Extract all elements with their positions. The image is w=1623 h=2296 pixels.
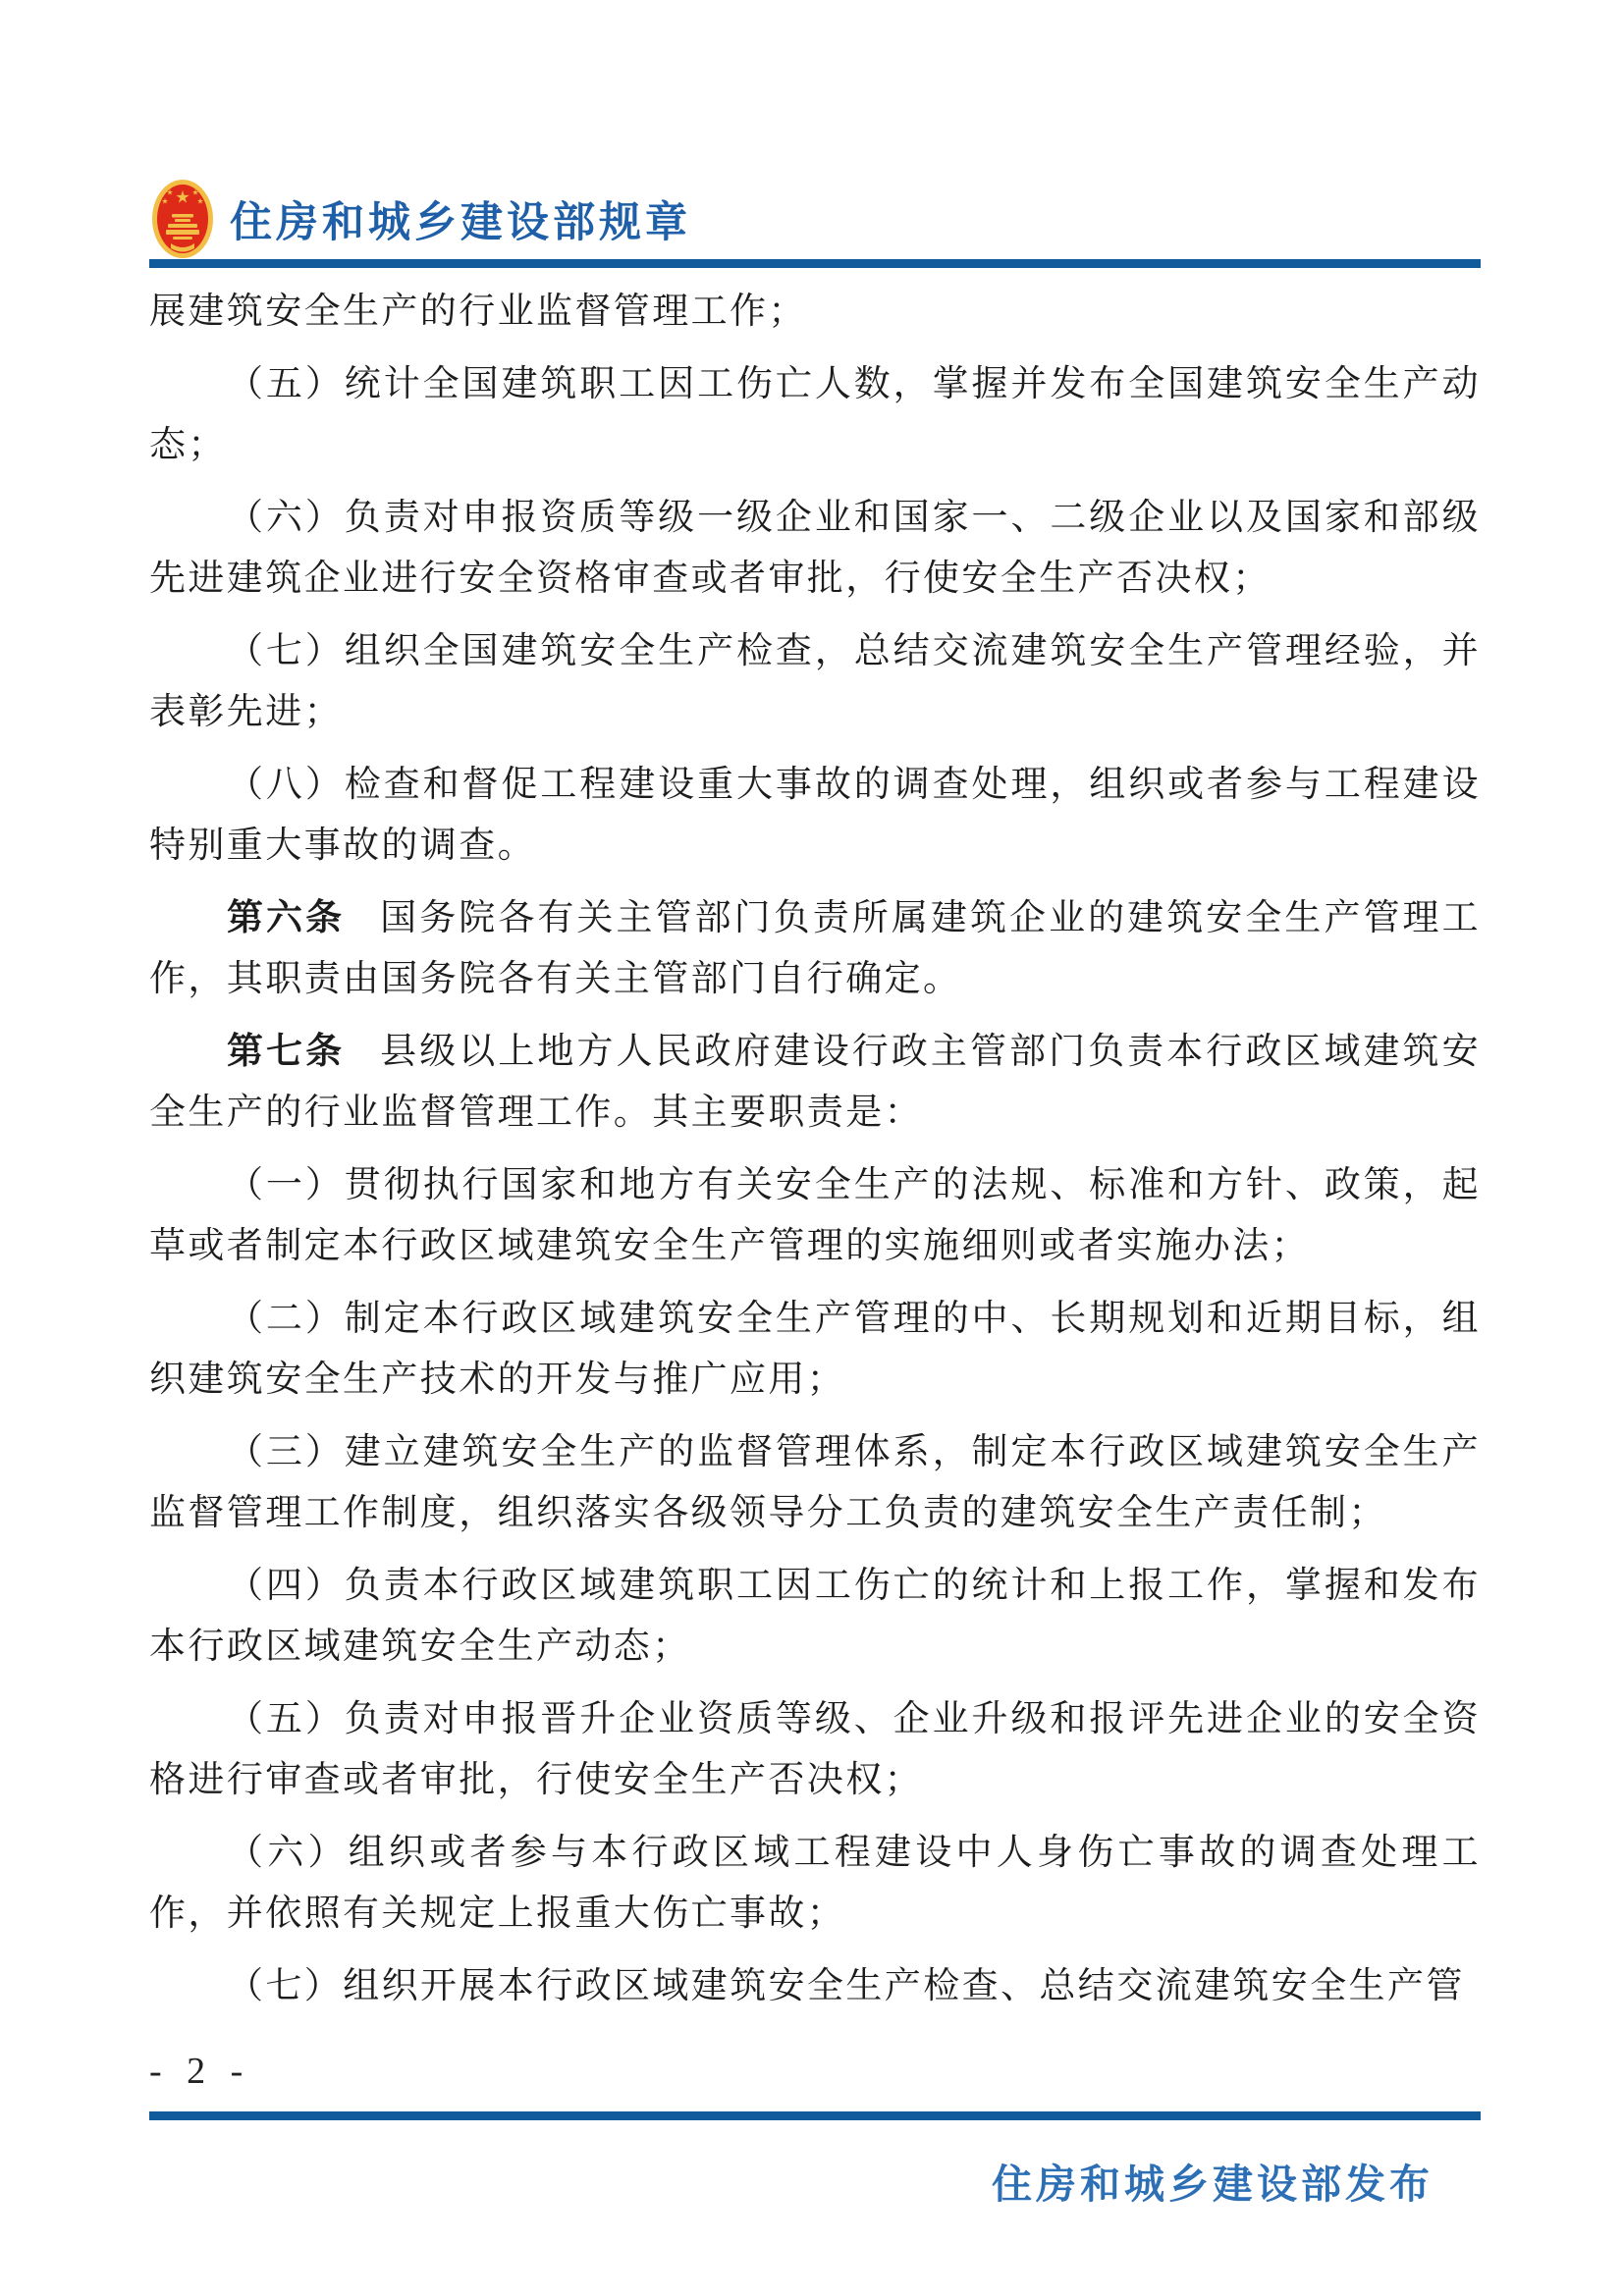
article-number: 第六条 (227, 898, 345, 938)
paragraph: （七）组织全国建筑安全生产检查，总结交流建筑安全生产管理经验，并表彰先进； (149, 621, 1481, 743)
paragraph: （一）贯彻执行国家和地方有关安全生产的法规、标准和方针、政策，起草或者制定本行政… (149, 1155, 1481, 1277)
paragraph: （七）组织开展本行政区域建筑安全生产检查、总结交流建筑安全生产管 (149, 1956, 1481, 2017)
header-divider (149, 259, 1481, 268)
national-emblem-icon (151, 179, 214, 259)
paragraph: （五）负责对申报晋升企业资质等级、企业升级和报评先进企业的安全资格进行审查或者审… (149, 1689, 1481, 1811)
paragraph: （六）组织或者参与本行政区域工程建设中人身伤亡事故的调查处理工作，并依照有关规定… (149, 1823, 1481, 1945)
paragraph: （三）建立建筑安全生产的监督管理体系，制定本行政区域建筑安全生产监督管理工作制度… (149, 1422, 1481, 1544)
footer-divider (149, 2111, 1481, 2120)
paragraph: 第六条国务院各有关主管部门负责所属建筑企业的建筑安全生产管理工作，其职责由国务院… (149, 888, 1481, 1010)
header-title: 住房和城乡建设部规章 (230, 189, 691, 249)
document-body: 展建筑安全生产的行业监督管理工作；（五）统计全国建筑职工因工伤亡人数，掌握并发布… (149, 282, 1481, 2017)
paragraph: 展建筑安全生产的行业监督管理工作； (149, 282, 1481, 343)
paragraph: 第七条县级以上地方人民政府建设行政主管部门负责本行政区域建筑安全生产的行业监督管… (149, 1022, 1481, 1144)
paragraph: （四）负责本行政区域建筑职工因工伤亡的统计和上报工作，掌握和发布本行政区域建筑安… (149, 1556, 1481, 1678)
article-number: 第七条 (227, 1032, 345, 1072)
footer-publisher: 住房和城乡建设部发布 (992, 2152, 1434, 2210)
document-header: 住房和城乡建设部规章 (151, 179, 691, 259)
page-number: - 2 - (149, 2050, 250, 2093)
paragraph: （八）检查和督促工程建设重大事故的调查处理，组织或者参与工程建设特别重大事故的调… (149, 755, 1481, 877)
paragraph: （五）统计全国建筑职工因工伤亡人数，掌握并发布全国建筑安全生产动态； (149, 354, 1481, 476)
paragraph: （二）制定本行政区域建筑安全生产管理的中、长期规划和近期目标，组织建筑安全生产技… (149, 1289, 1481, 1411)
paragraph: （六）负责对申报资质等级一级企业和国家一、二级企业以及国家和部级先进建筑企业进行… (149, 488, 1481, 610)
document-page: 住房和城乡建设部规章 展建筑安全生产的行业监督管理工作；（五）统计全国建筑职工因… (0, 0, 1623, 2296)
